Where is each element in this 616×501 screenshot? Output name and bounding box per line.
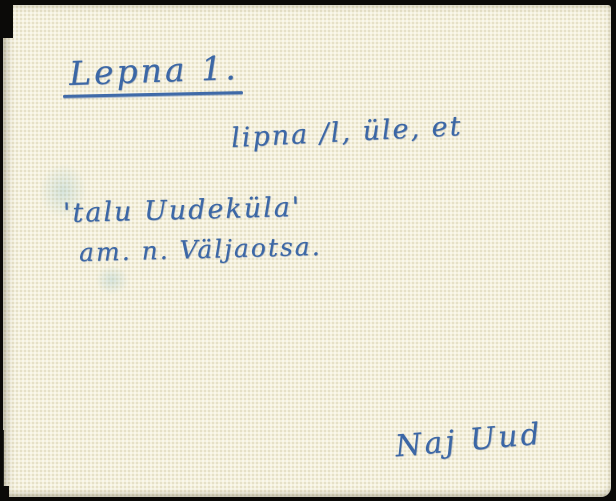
scan-edge-artifact	[0, 0, 13, 38]
scan-edge-artifact	[0, 430, 4, 501]
note-line: 'talu Uudeküla'	[63, 192, 302, 229]
note-line: lipna /l, üle, et	[230, 111, 463, 154]
scanned-note-card: Lepna 1. lipna /l, üle, et 'talu Uudekül…	[0, 0, 616, 501]
signature: Naj Uud	[394, 417, 544, 465]
ink-smudge	[95, 265, 129, 295]
note-line: am. n. Väljaotsa.	[79, 232, 322, 267]
paper-card: Lepna 1. lipna /l, üle, et 'talu Uudekül…	[3, 5, 611, 497]
note-heading: Lepna 1.	[68, 48, 239, 93]
